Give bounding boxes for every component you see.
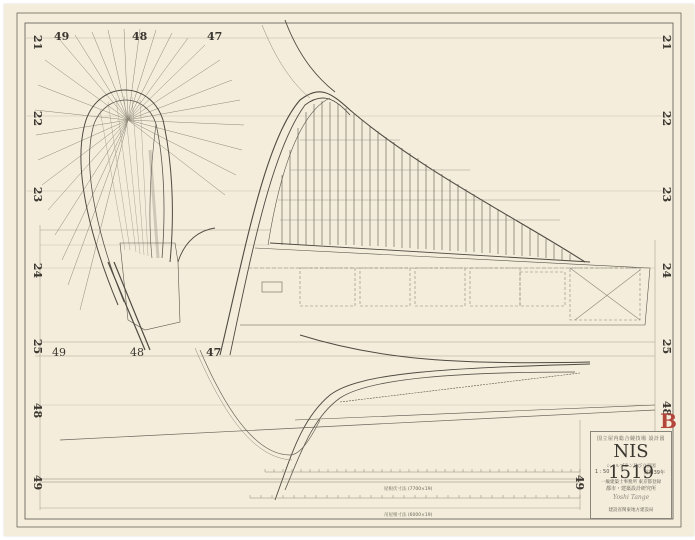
grid-row-label: 21: [660, 35, 673, 50]
title-block: 国立屋内総合競技場 設計図 NIS 1519 シェルプラン及び立面図 1 : 5…: [590, 431, 672, 519]
grid-col-label: 47: [206, 346, 221, 359]
scale-bar-caption: 屋根伏寸法 (7700×19): [384, 486, 432, 492]
scale-bar-caption: 吊屋根寸法 (6000×19): [384, 512, 432, 518]
grid-col-label: 49: [54, 30, 69, 43]
grid-col-label: 49: [52, 346, 66, 359]
drawing-number: NIS 1519: [591, 441, 671, 483]
architect-signature: Yoshi Tange: [613, 494, 649, 501]
grid-row-label: 49: [573, 475, 586, 490]
grid-col-label: 47: [207, 30, 222, 43]
grid-row-label: 48: [31, 403, 44, 418]
revision-mark: B: [660, 409, 677, 433]
grid-col-label: 48: [132, 30, 147, 43]
drawing-scale: 1 : 50: [595, 469, 609, 475]
grid-row-label: 24: [660, 263, 673, 278]
grid-row-label: 25: [31, 339, 44, 354]
drawing-date: 昭和39年: [644, 469, 665, 476]
grid-row-label: 49: [31, 475, 44, 490]
grid-row-label: 23: [31, 187, 44, 202]
grid-row-label: 22: [660, 111, 673, 126]
grid-row-label: 21: [31, 35, 44, 50]
office-name: 都市・建築設計研究所: [591, 485, 671, 492]
grid-row-label: 24: [31, 263, 44, 278]
grid-col-label: 48: [130, 346, 144, 359]
grid-row-label: 23: [660, 187, 673, 202]
grid-row-label: 22: [31, 111, 44, 126]
client-name: 建設省関東地方建設局: [591, 507, 671, 513]
drawing-sheet: 21 22 23 24 25 48 49 21 22 23 24 25 48 4…: [4, 4, 694, 536]
grid-row-label: 25: [660, 339, 673, 354]
